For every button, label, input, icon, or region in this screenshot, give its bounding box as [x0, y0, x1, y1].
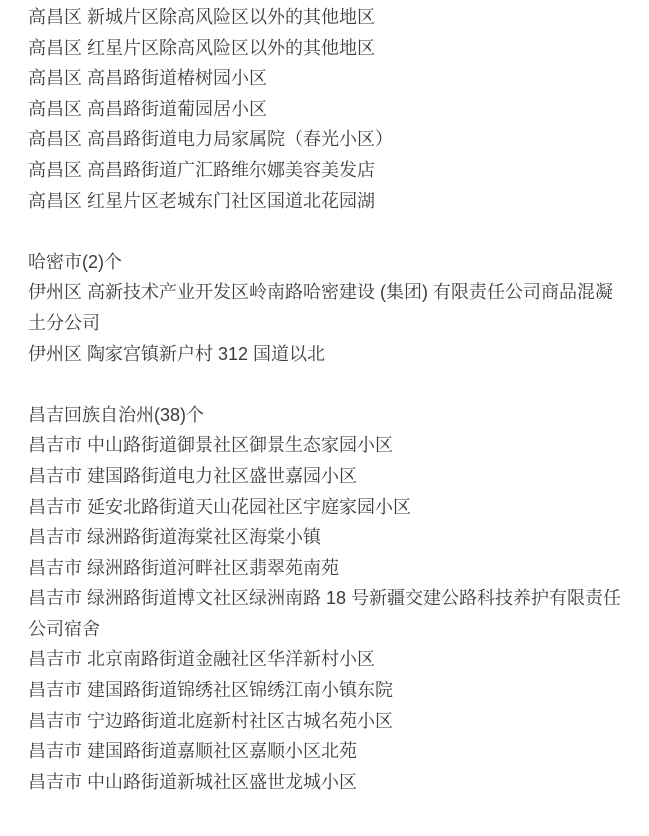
location-text: 高昌路街道广汇路维尔娜美容美发店	[87, 160, 375, 180]
list-item: 伊州区 陶家宫镇新户村 312 国道以北	[28, 339, 623, 370]
location-text: 红星片区除高风险区以外的其他地区	[87, 38, 375, 58]
area-list: 高昌区 新城片区除高风险区以外的其他地区 高昌区 红星片区除高风险区以外的其他地…	[28, 2, 623, 797]
document-page: 高昌区 新城片区除高风险区以外的其他地区 高昌区 红星片区除高风险区以外的其他地…	[0, 0, 649, 836]
location-text: 建国路街道电力社区盛世嘉园小区	[87, 466, 357, 486]
district-name: 伊州区	[28, 344, 82, 364]
location-text: 中山路街道新城社区盛世龙城小区	[87, 772, 357, 792]
list-item: 高昌区 高昌路街道电力局家属院（春光小区）	[28, 124, 623, 155]
location-text: 高昌路街道电力局家属院（春光小区）	[87, 129, 393, 149]
area-section: 高昌区 新城片区除高风险区以外的其他地区 高昌区 红星片区除高风险区以外的其他地…	[28, 2, 623, 216]
list-item: 昌吉市 绿洲路街道河畔社区翡翠苑南苑	[28, 553, 623, 584]
section-heading: 哈密市(2)个	[28, 247, 623, 278]
location-text: 北京南路街道金融社区华洋新村小区	[87, 649, 375, 669]
district-name: 高昌区	[28, 7, 82, 27]
list-item: 高昌区 红星片区老城东门社区国道北花园湖	[28, 186, 623, 217]
location-text: 高昌路街道椿树园小区	[87, 68, 267, 88]
district-name: 高昌区	[28, 68, 82, 88]
location-text: 绿洲路街道海棠社区海棠小镇	[87, 527, 321, 547]
list-item: 昌吉市 建国路街道电力社区盛世嘉园小区	[28, 461, 623, 492]
list-item: 昌吉市 绿洲路街道博文社区绿洲南路 18 号新疆交建公路科技养护有限责任公司宿舍	[28, 583, 623, 644]
list-item: 昌吉市 建国路街道锦绣社区锦绣江南小镇东院	[28, 675, 623, 706]
area-section: 哈密市(2)个 伊州区 高新技术产业开发区岭南路哈密建设 (集团) 有限责任公司…	[28, 247, 623, 369]
district-name: 昌吉市	[28, 466, 82, 486]
district-name: 昌吉市	[28, 435, 82, 455]
location-text: 建国路街道嘉顺社区嘉顺小区北苑	[87, 741, 357, 761]
district-name: 昌吉市	[28, 497, 82, 517]
district-name: 高昌区	[28, 191, 82, 211]
district-name: 昌吉市	[28, 558, 82, 578]
district-name: 高昌区	[28, 99, 82, 119]
list-item: 高昌区 高昌路街道椿树园小区	[28, 63, 623, 94]
district-name: 高昌区	[28, 38, 82, 58]
location-text: 延安北路街道天山花园社区宇庭家园小区	[87, 497, 411, 517]
location-text: 高昌路街道葡园居小区	[87, 99, 267, 119]
area-section: 昌吉回族自治州(38)个 昌吉市 中山路街道御景社区御景生态家园小区 昌吉市 建…	[28, 400, 623, 798]
district-name: 昌吉市	[28, 680, 82, 700]
list-item: 昌吉市 延安北路街道天山花园社区宇庭家园小区	[28, 492, 623, 523]
location-text: 宁边路街道北庭新村社区古城名苑小区	[87, 711, 393, 731]
list-item: 高昌区 高昌路街道广汇路维尔娜美容美发店	[28, 155, 623, 186]
district-name: 昌吉市	[28, 588, 82, 608]
location-text: 建国路街道锦绣社区锦绣江南小镇东院	[87, 680, 393, 700]
list-item: 高昌区 高昌路街道葡园居小区	[28, 94, 623, 125]
district-name: 昌吉市	[28, 711, 82, 731]
district-name: 伊州区	[28, 282, 82, 302]
district-name: 高昌区	[28, 129, 82, 149]
list-item: 昌吉市 中山路街道御景社区御景生态家园小区	[28, 430, 623, 461]
location-text: 绿洲路街道河畔社区翡翠苑南苑	[87, 558, 339, 578]
list-item: 昌吉市 中山路街道新城社区盛世龙城小区	[28, 767, 623, 798]
list-item: 高昌区 新城片区除高风险区以外的其他地区	[28, 2, 623, 33]
district-name: 昌吉市	[28, 527, 82, 547]
location-text: 新城片区除高风险区以外的其他地区	[87, 7, 375, 27]
district-name: 昌吉市	[28, 741, 82, 761]
list-item: 高昌区 红星片区除高风险区以外的其他地区	[28, 33, 623, 64]
location-text: 红星片区老城东门社区国道北花园湖	[87, 191, 375, 211]
list-item: 昌吉市 宁边路街道北庭新村社区古城名苑小区	[28, 706, 623, 737]
list-item: 伊州区 高新技术产业开发区岭南路哈密建设 (集团) 有限责任公司商品混凝土分公司	[28, 277, 623, 338]
list-item: 昌吉市 绿洲路街道海棠社区海棠小镇	[28, 522, 623, 553]
list-item: 昌吉市 建国路街道嘉顺社区嘉顺小区北苑	[28, 736, 623, 767]
district-name: 昌吉市	[28, 649, 82, 669]
section-heading: 昌吉回族自治州(38)个	[28, 400, 623, 431]
location-text: 陶家宫镇新户村 312 国道以北	[87, 344, 325, 364]
district-name: 高昌区	[28, 160, 82, 180]
location-text: 高新技术产业开发区岭南路哈密建设 (集团) 有限责任公司商品混凝土分公司	[28, 282, 613, 333]
location-text: 绿洲路街道博文社区绿洲南路 18 号新疆交建公路科技养护有限责任公司宿舍	[28, 588, 621, 639]
location-text: 中山路街道御景社区御景生态家园小区	[87, 435, 393, 455]
district-name: 昌吉市	[28, 772, 82, 792]
list-item: 昌吉市 北京南路街道金融社区华洋新村小区	[28, 644, 623, 675]
